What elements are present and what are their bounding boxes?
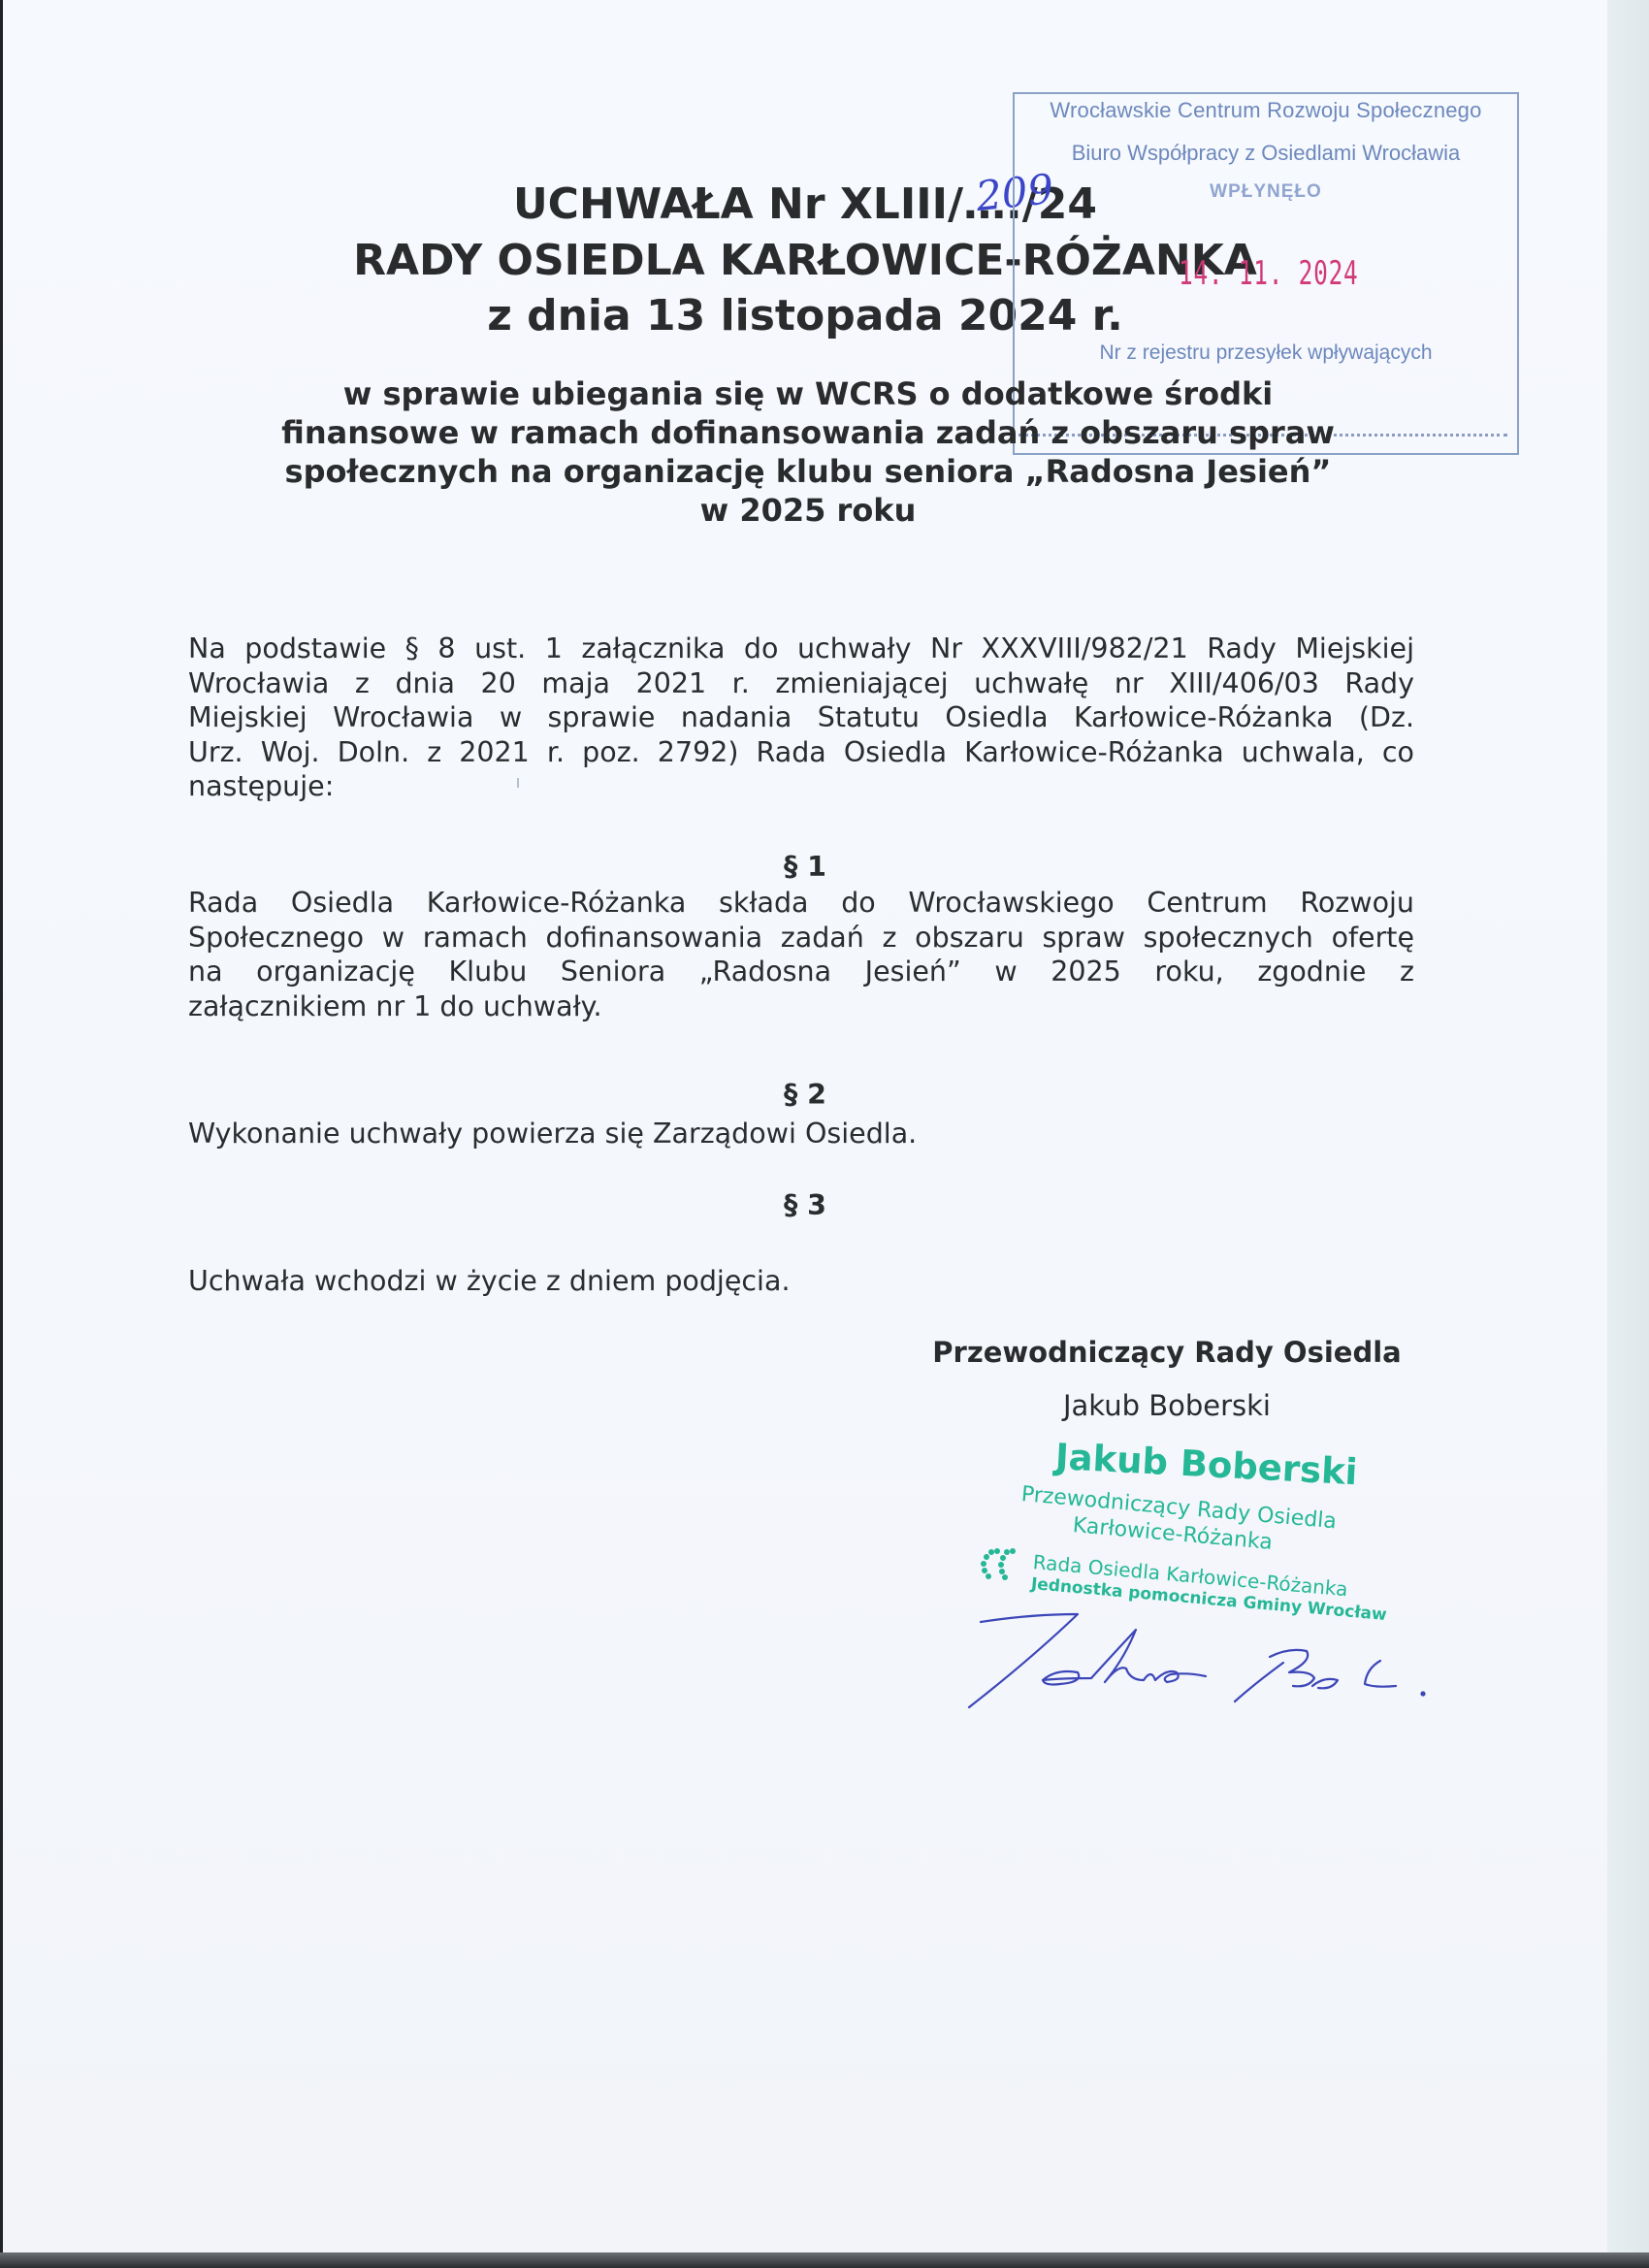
preamble-line: Na podstawie § 8 ust. 1 załącznika do uc… bbox=[188, 632, 1414, 666]
scan-edge-right bbox=[1607, 0, 1649, 2268]
handwritten-signature bbox=[963, 1601, 1429, 1717]
stamp-received-date: 14. 11. 2024 bbox=[1179, 254, 1359, 293]
section-line: Rada Osiedla Karłowice-Różanka składa do… bbox=[188, 886, 1414, 921]
preamble-line: Urz. Woj. Doln. z 2021 r. poz. 2792) Rad… bbox=[188, 735, 1414, 770]
section-2-mark: § 2 bbox=[3, 1079, 1607, 1111]
scan-edge-bottom bbox=[0, 2252, 1649, 2268]
preamble-line: Miejskiej Wrocławia w sprawie nadania St… bbox=[188, 700, 1414, 735]
section-2-text: Wykonanie uchwały powierza się Zarządowi… bbox=[188, 1117, 1414, 1151]
document-page: UCHWAŁA Nr XLIII/…./24 RADY OSIEDLA KARŁ… bbox=[3, 0, 1607, 2252]
section-1-text: Rada Osiedla Karłowice-Różanka składa do… bbox=[188, 886, 1414, 1023]
section-line: na organizację Klubu Seniora „Radosna Je… bbox=[188, 955, 1414, 989]
council-logo-icon bbox=[978, 1546, 1018, 1585]
scan-artifact bbox=[517, 778, 519, 788]
preamble: Na podstawie § 8 ust. 1 załącznika do uc… bbox=[188, 632, 1414, 804]
seal-name: Jakub Boberski bbox=[1054, 1436, 1359, 1493]
stamp-received-label: WPŁYNĘŁO bbox=[1015, 181, 1517, 203]
title-prefix: UCHWAŁA Nr XLIII/ bbox=[513, 179, 963, 229]
subject-line: społecznych na organizację klubu seniora… bbox=[178, 452, 1439, 491]
stamp-register-label: Nr z rejestru przesyłek wpływających bbox=[1015, 341, 1517, 365]
preamble-line: Wrocławia z dnia 20 maja 2021 r. zmienia… bbox=[188, 666, 1414, 701]
section-line: Wykonanie uchwały powierza się Zarządowi… bbox=[188, 1117, 1414, 1151]
resolution-subject: w sprawie ubiegania się w WCRS o dodatko… bbox=[178, 374, 1439, 530]
subject-line: w sprawie ubiegania się w WCRS o dodatko… bbox=[178, 374, 1439, 413]
preamble-line: następuje: bbox=[188, 769, 1414, 804]
section-1-mark: § 1 bbox=[3, 851, 1607, 883]
stamp-institution: Wrocławskie Centrum Rozwoju Społecznego bbox=[1015, 98, 1517, 123]
subject-line: finansowe w ramach dofinansowania zadań … bbox=[178, 413, 1439, 452]
signatory-title: Przewodniczący Rady Osiedla bbox=[915, 1336, 1419, 1369]
section-line: Społecznego w ramach dofinansowania zada… bbox=[188, 921, 1414, 956]
signatory-name: Jakub Boberski bbox=[915, 1389, 1419, 1422]
section-3-mark: § 3 bbox=[3, 1189, 1607, 1221]
section-line: Uchwała wchodzi w życie z dniem podjęcia… bbox=[188, 1264, 1414, 1299]
stamp-office: Biuro Współpracy z Osiedlami Wrocławia bbox=[1015, 141, 1517, 166]
section-3-text: Uchwała wchodzi w życie z dniem podjęcia… bbox=[188, 1264, 1414, 1299]
subject-line: w 2025 roku bbox=[178, 491, 1439, 530]
section-line: załącznikiem nr 1 do uchwały. bbox=[188, 989, 1414, 1024]
